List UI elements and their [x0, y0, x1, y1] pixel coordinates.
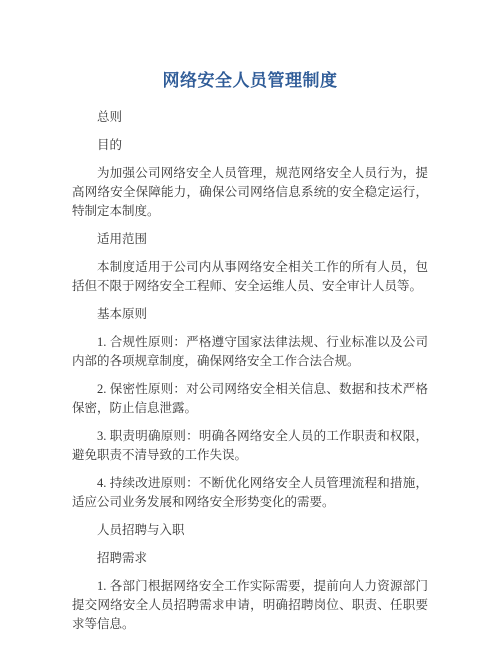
section-heading-principles: 基本原则 [72, 305, 428, 324]
body-paragraph-recruitment-1: 1. 各部门根据网络安全工作实际需要，提前向人力资源部门提交网络安全人员招聘需求… [72, 577, 428, 634]
section-heading-recruitment-needs: 招聘需求 [72, 549, 428, 568]
body-paragraph-principle-3: 3. 职责明确原则：明确各网络安全人员的工作职责和权限，避免职责不清导致的工作失… [72, 427, 428, 465]
body-paragraph-scope: 本制度适用于公司内从事网络安全相关工作的所有人员，包括但不限于网络安全工程师、安… [72, 258, 428, 296]
document-page: 网络安全人员管理制度 总则 目的 为加强公司网络安全人员管理，规范网络安全人员行… [0, 0, 500, 647]
body-paragraph-principle-4: 4. 持续改进原则：不断优化网络安全人员管理流程和措施，适应公司业务发展和网络安… [72, 474, 428, 512]
section-heading-recruitment-onboarding: 人员招聘与入职 [72, 521, 428, 540]
body-paragraph-principle-1: 1. 合规性原则：严格遵守国家法律法规、行业标准以及公司内部的各项规章制度，确保… [72, 333, 428, 371]
section-heading-general: 总则 [72, 108, 428, 127]
section-heading-purpose: 目的 [72, 136, 428, 155]
section-heading-scope: 适用范围 [72, 230, 428, 249]
body-paragraph-purpose: 为加强公司网络安全人员管理，规范网络安全人员行为，提高网络安全保障能力，确保公司… [72, 164, 428, 221]
body-paragraph-principle-2: 2. 保密性原则：对公司网络安全相关信息、数据和技术严格保密，防止信息泄露。 [72, 380, 428, 418]
document-title: 网络安全人员管理制度 [72, 70, 428, 92]
